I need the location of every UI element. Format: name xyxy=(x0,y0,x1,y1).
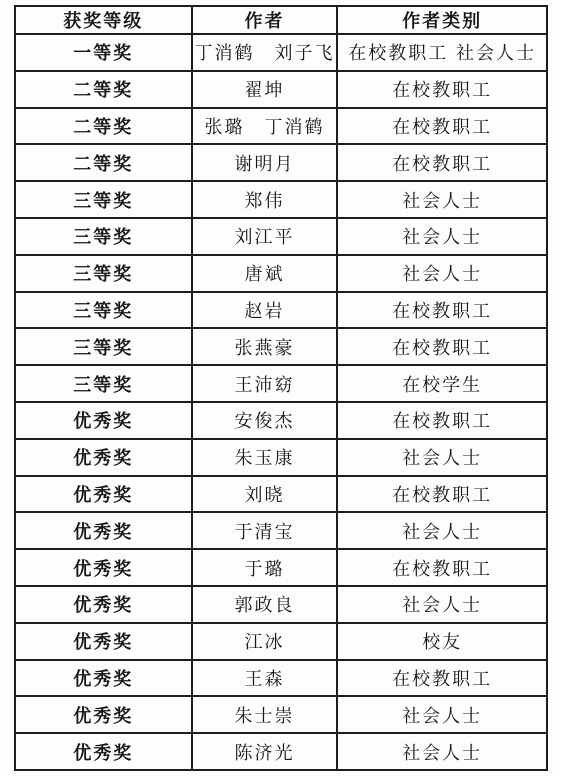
author-cell: 谢明月 xyxy=(192,144,338,181)
author-category-cell: 在校教职工 xyxy=(337,71,547,108)
award-level-cell: 优秀奖 xyxy=(15,623,192,660)
author-category-cell: 社会人士 xyxy=(337,586,547,623)
award-level-cell: 三等奖 xyxy=(15,181,192,218)
column-header-author: 作者 xyxy=(192,6,338,34)
author-category-cell: 社会人士 xyxy=(337,255,547,292)
table-row: 二等奖 张璐 丁消鹤 在校教职工 xyxy=(15,108,547,145)
table-header-row: 获奖等级 作者 作者类别 xyxy=(15,6,547,34)
table-body: 一等奖 丁消鹤 刘子飞 在校教职工 社会人士 二等奖 翟坤 在校教职工 二等奖 … xyxy=(15,34,547,770)
award-level-cell: 一等奖 xyxy=(15,34,192,71)
table-row: 优秀奖 安俊杰 在校教职工 xyxy=(15,402,547,439)
author-category-cell: 校友 xyxy=(337,623,547,660)
author-cell: 赵岩 xyxy=(192,292,338,329)
author-category-cell: 社会人士 xyxy=(337,512,547,549)
author-category-cell: 社会人士 xyxy=(337,733,547,770)
author-category-cell: 社会人士 xyxy=(337,696,547,733)
author-category-cell: 在校教职工 xyxy=(337,292,547,329)
table-row: 二等奖 翟坤 在校教职工 xyxy=(15,71,547,108)
table-row: 二等奖 谢明月 在校教职工 xyxy=(15,144,547,181)
award-level-cell: 优秀奖 xyxy=(15,696,192,733)
author-category-cell: 在校教职工 xyxy=(337,108,547,145)
award-results-table: 获奖等级 作者 作者类别 一等奖 丁消鹤 刘子飞 在校教职工 社会人士 二等奖 … xyxy=(14,5,548,771)
award-level-cell: 三等奖 xyxy=(15,218,192,255)
author-cell: 江冰 xyxy=(192,623,338,660)
author-category-cell: 在校教职工 xyxy=(337,476,547,513)
table-row: 优秀奖 王森 在校教职工 xyxy=(15,660,547,697)
author-category-cell: 在校教职工 xyxy=(337,328,547,365)
author-cell: 张璐 丁消鹤 xyxy=(192,108,338,145)
table-row: 一等奖 丁消鹤 刘子飞 在校教职工 社会人士 xyxy=(15,34,547,71)
award-level-cell: 优秀奖 xyxy=(15,586,192,623)
award-level-cell: 优秀奖 xyxy=(15,402,192,439)
author-category-cell: 在校学生 xyxy=(337,365,547,402)
author-cell: 王森 xyxy=(192,660,338,697)
table-row: 优秀奖 刘晓 在校教职工 xyxy=(15,476,547,513)
author-category-cell: 社会人士 xyxy=(337,181,547,218)
table-row: 优秀奖 于璐 在校教职工 xyxy=(15,549,547,586)
award-level-cell: 优秀奖 xyxy=(15,439,192,476)
author-cell: 翟坤 xyxy=(192,71,338,108)
award-level-cell: 三等奖 xyxy=(15,255,192,292)
author-cell: 安俊杰 xyxy=(192,402,338,439)
award-level-cell: 优秀奖 xyxy=(15,476,192,513)
author-category-cell: 在校教职工 xyxy=(337,402,547,439)
award-level-cell: 优秀奖 xyxy=(15,660,192,697)
column-header-award-level: 获奖等级 xyxy=(15,6,192,34)
author-cell: 于清宝 xyxy=(192,512,338,549)
column-header-author-category: 作者类别 xyxy=(337,6,547,34)
author-category-cell: 社会人士 xyxy=(337,218,547,255)
table-row: 优秀奖 郭政良 社会人士 xyxy=(15,586,547,623)
table-row: 三等奖 赵岩 在校教职工 xyxy=(15,292,547,329)
table-row: 优秀奖 朱士崇 社会人士 xyxy=(15,696,547,733)
table-row: 三等奖 王沛窈 在校学生 xyxy=(15,365,547,402)
table-row: 三等奖 郑伟 社会人士 xyxy=(15,181,547,218)
scanned-award-list-page: 获奖等级 作者 作者类别 一等奖 丁消鹤 刘子飞 在校教职工 社会人士 二等奖 … xyxy=(0,0,561,777)
author-cell: 丁消鹤 刘子飞 xyxy=(192,34,338,71)
award-level-cell: 二等奖 xyxy=(15,144,192,181)
author-cell: 刘晓 xyxy=(192,476,338,513)
table-row: 优秀奖 朱玉康 社会人士 xyxy=(15,439,547,476)
award-level-cell: 优秀奖 xyxy=(15,549,192,586)
author-category-cell: 在校教职工 社会人士 xyxy=(337,34,547,71)
award-level-cell: 二等奖 xyxy=(15,108,192,145)
table-row: 三等奖 张燕豪 在校教职工 xyxy=(15,328,547,365)
author-cell: 郑伟 xyxy=(192,181,338,218)
award-level-cell: 优秀奖 xyxy=(15,512,192,549)
award-level-cell: 三等奖 xyxy=(15,292,192,329)
author-category-cell: 在校教职工 xyxy=(337,144,547,181)
author-cell: 唐斌 xyxy=(192,255,338,292)
table-row: 三等奖 刘江平 社会人士 xyxy=(15,218,547,255)
author-cell: 王沛窈 xyxy=(192,365,338,402)
award-level-cell: 二等奖 xyxy=(15,71,192,108)
author-cell: 陈济光 xyxy=(192,733,338,770)
author-cell: 朱玉康 xyxy=(192,439,338,476)
table-row: 优秀奖 于清宝 社会人士 xyxy=(15,512,547,549)
author-category-cell: 社会人士 xyxy=(337,439,547,476)
author-cell: 于璐 xyxy=(192,549,338,586)
author-category-cell: 在校教职工 xyxy=(337,549,547,586)
author-cell: 刘江平 xyxy=(192,218,338,255)
table-row: 优秀奖 江冰 校友 xyxy=(15,623,547,660)
author-cell: 张燕豪 xyxy=(192,328,338,365)
award-level-cell: 三等奖 xyxy=(15,365,192,402)
table-row: 三等奖 唐斌 社会人士 xyxy=(15,255,547,292)
author-cell: 郭政良 xyxy=(192,586,338,623)
award-level-cell: 优秀奖 xyxy=(15,733,192,770)
award-level-cell: 三等奖 xyxy=(15,328,192,365)
table-row: 优秀奖 陈济光 社会人士 xyxy=(15,733,547,770)
author-category-cell: 在校教职工 xyxy=(337,660,547,697)
author-cell: 朱士崇 xyxy=(192,696,338,733)
